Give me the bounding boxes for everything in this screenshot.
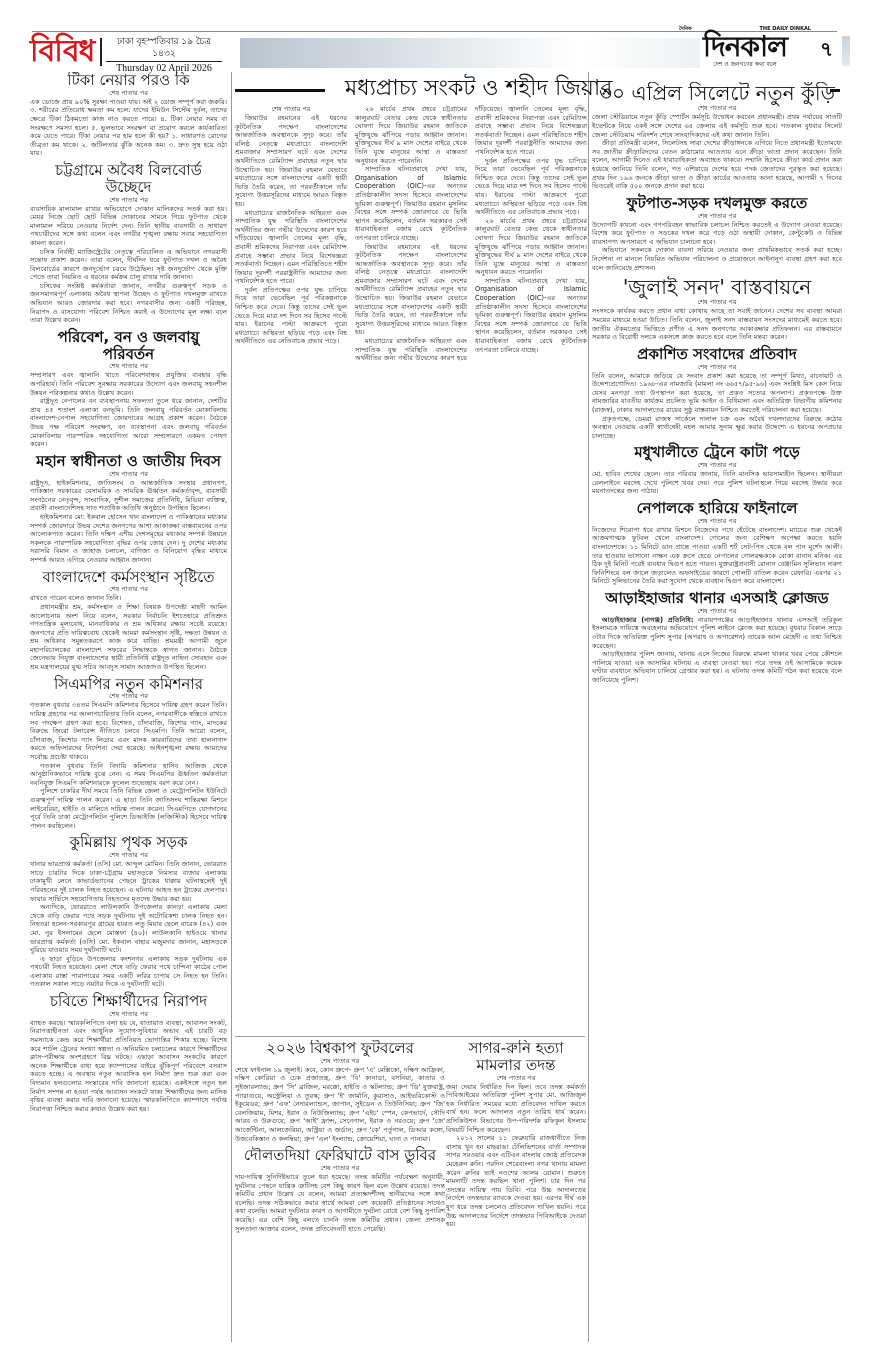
story-paragraph: শেষে ফাইনাল ১৯ জুলাই। কবে, কোন গ্রুপে- গ… <box>235 1066 445 1143</box>
masthead-date: ঢাকা বৃহস্পতিবার ১৯ চৈত্র ১৪৩২ Thursday … <box>106 36 222 75</box>
continued-label: শেষ পাতার পর <box>592 607 842 616</box>
story-body: উদ্যোগটি কখনো এবং গণপরিবহন স্বাভাবিক চলা… <box>592 221 842 273</box>
story-headline: কুমিল্লায় পৃথক সড়ক <box>30 834 227 851</box>
story-headline: বাংলাদেশে কর্মসংস্থান সৃষ্টিতে <box>30 569 227 586</box>
continued-label: শেষ পাতার পর <box>592 461 842 470</box>
date-bangla: ঢাকা বৃহস্পতিবার ১৯ চৈত্র ১৪৩২ <box>106 36 222 62</box>
news-story: সিএমপির নতুন কমিশনারশেষ পাতার পরগতকাল বু… <box>30 676 227 831</box>
story-paragraph: রাখতে পারেন বলেও জানান তিনি। <box>30 594 227 603</box>
story-paragraph: অভিযানে সকলকে দোকান ব্যবসা সরিয়ে নেওয়া… <box>592 246 842 272</box>
middle-bottom-right: সাগর-রুনি হত্যা মামলার তদন্তশেষ পাতার পর… <box>446 1040 586 1340</box>
main-article-paragraph: ২৬ মার্চের প্রথম প্রহরে চট্টগ্রামের কালু… <box>475 217 587 277</box>
continued-label: শেষ পাতার পর <box>592 517 842 526</box>
story-headline: সাগর-রুনি হত্যা মামলার তদন্ত <box>446 1040 586 1074</box>
masthead-divider <box>100 38 102 66</box>
story-headline: দৌলতদিয়া ফেরিঘাটে বাস ডুবির <box>235 1147 445 1164</box>
news-story: কুমিল্লায় পৃথক সড়কশেষ পাতার পরথানার ভা… <box>30 834 227 989</box>
continued-label: শেষ পাতার পর <box>235 1057 445 1066</box>
story-body: ব্যাহত করছে। স্মারকলিপিতে বলা হয় যে, যা… <box>30 1019 227 1114</box>
story-body: রাষ্ট্রদূত, হাইকমিশনার, জাতিসংঘ ও আন্তর্… <box>30 479 227 565</box>
story-paragraph: অন্যদিকে, ভোররাতে লাউলকানি উপজেলার কানড়… <box>30 903 227 955</box>
news-story: চট্টগ্রামে অবৈধ বিলবোর্ড উচ্ছেদেশেষ পাতা… <box>30 162 227 325</box>
story-paragraph: প্রকৃতপক্ষে, ডেমরা রাজস্ব সার্কেলে দালাল… <box>592 415 842 441</box>
continued-label: শেষ পাতার পর <box>592 363 842 372</box>
story-headline: পরিবেশ, বন ও জলবায়ু পরিবর্তন <box>30 329 227 363</box>
story-body: গতকাল বুধবার ৩৪তম সিএমপি কমিশনার হিসেবে … <box>30 701 227 830</box>
right-column: ৩০ এপ্রিল সিলেটে নতুন কুঁড়িশেষ পাতার পর… <box>592 82 842 1342</box>
story-paragraph: থানার ভারপ্রাপ্ত কর্মকর্তা (ওসি) মো. আব্… <box>30 860 227 903</box>
news-story: ২০২৬ বিশ্বকাপ ফুটবলেরশেষ পাতার পরশেষে ফা… <box>235 1040 445 1143</box>
story-body: নিজেদের শিরোপা ধরে রাখার মিশনে নিজেদের প… <box>592 526 842 586</box>
story-body: জমা দেয়ার নির্ধারিত দিন ছিল। তবে তদন্ত … <box>446 1083 586 1229</box>
story-paragraph: ক্রীড়া প্রতিমন্ত্রী বলেন, সিলেটসহ সারা … <box>592 139 842 191</box>
masthead-gradient-band <box>240 38 580 68</box>
page-number: ৭ <box>820 36 833 62</box>
news-story: ফুটপাত-সড়ক দখলমুক্ত করতেশেষ পাতার পরউদ্… <box>592 195 842 272</box>
news-story: টিকা নেয়ার পরও কিশেষ পাতার পরএক ডোজে প্… <box>30 72 227 158</box>
main-article-paragraph: মধ্যপ্রাচ্যের রাজনৈতিক অস্থিরতা এবং সাম্… <box>235 209 347 286</box>
column-divider-left <box>231 72 232 1342</box>
story-paragraph: ব্যবসায়িক মালামাল রাখার অভিযোগে দোকান ম… <box>30 205 227 248</box>
story-body: ব্যবসায়িক মালামাল রাখার অভিযোগে দোকান ম… <box>30 205 227 325</box>
continued-label: শেষ পাতার পর <box>30 89 227 98</box>
continued-label: শেষ পাতার পর <box>592 212 842 221</box>
continued-label: শেষ পাতার পর <box>30 692 227 701</box>
story-headline: সিএমপির নতুন কমিশনার <box>30 676 227 693</box>
continued-label: শেষ পাতার পর <box>30 470 227 479</box>
news-story: ৩০ এপ্রিল সিলেটে নতুন কুঁড়িশেষ পাতার পর… <box>592 82 842 191</box>
story-paragraph: চসিক নির্বাহী ম্যাজিস্ট্রেটের নেতৃত্বে প… <box>30 248 227 282</box>
story-headline: ৩০ এপ্রিল সিলেটে নতুন কুঁড়ি <box>592 82 842 104</box>
story-headline: মধুখালীতে ট্রেনে কাটা পড়ে <box>592 444 842 461</box>
brand-small-left: দৈনিক <box>679 26 692 33</box>
news-story: চবিতে শিক্ষার্থীদের নিরাপদশেষ পাতার পরব্… <box>30 993 227 1113</box>
story-paragraph: ব্যাহত করছে। স্মারকলিপিতে বলা হয় যে, যা… <box>30 1019 227 1114</box>
story-paragraph: দায়-দায়িত্ব সুনির্দিষ্টভাবে তুলে ধরা হ… <box>235 1173 445 1233</box>
continued-label: শেষ পাতার পর <box>30 1010 227 1019</box>
headline-rule-left <box>235 89 325 92</box>
news-story: পরিবেশ, বন ও জলবায়ু পরিবর্তনশেষ পাতার প… <box>30 329 227 449</box>
continued-label: শেষ পাতার পর <box>235 1164 445 1173</box>
story-headline: 'জুলাই সনদ' বাস্তবায়নে <box>592 276 842 298</box>
story-paragraph: তিনি বলেন, আমাকে জড়িয়ে যে সংবাদ প্রকাশ… <box>592 372 842 415</box>
masthead: বিবিধ ঢাকা বৃহস্পতিবার ১৯ চৈত্র ১৪৩২ Thu… <box>0 0 870 70</box>
story-headline: প্রকাশিত সংবাদের প্রতিবাদ <box>592 346 842 363</box>
continued-label: শেষ পাতার পর <box>592 298 842 307</box>
news-story: মধুখালীতে ট্রেনে কাটা পড়েশেষ পাতার পরমো… <box>592 444 842 496</box>
story-paragraph: নিজেদের শিরোপা ধরে রাখার মিশনে নিজেদের প… <box>592 526 842 586</box>
story-paragraph: এক ডোজে প্রায় ৯০% সুরক্ষা পাওয়া যায়। … <box>30 98 227 158</box>
story-paragraph: আড়াইহাজার পুলিশ জানায়, থানায় এসে নিজে… <box>592 650 842 684</box>
main-article-paragraph: ২৬ মার্চের প্রথম প্রহরে চট্টগ্রামের কালু… <box>355 105 467 165</box>
news-story: 'জুলাই সনদ' বাস্তবায়নেশেষ পাতার পরসংসদক… <box>592 276 842 342</box>
story-paragraph: রাষ্ট্রদূত, হাইকমিশনার, জাতিসংঘ ও আন্তর্… <box>30 479 227 513</box>
column-divider-right <box>588 72 589 1342</box>
main-article-headline: মধ্যপ্রাচ্য সংকট ও শহীদ জিয়ার <box>345 75 612 103</box>
main-article-paragraph: সাম্প্রতিক ঘটনাপ্রবাহে দেখা যায়, Organi… <box>475 277 587 354</box>
story-body: থানার ভারপ্রাপ্ত কর্মকর্তা (ওসি) মো. আব্… <box>30 860 227 989</box>
story-paragraph: সম্প্রসারণ এবং জ্বালানি খাতে পরিবেশবান্ধ… <box>30 371 227 397</box>
middle-bottom-left: ২০২৬ বিশ্বকাপ ফুটবলেরশেষ পাতার পরশেষে ফা… <box>235 1040 445 1340</box>
news-story: প্রকাশিত সংবাদের প্রতিবাদশেষ পাতার পরতিন… <box>592 346 842 441</box>
brand-logo: দিনকাল <box>675 33 815 61</box>
story-headline: চবিতে শিক্ষার্থীদের নিরাপদ <box>30 993 227 1010</box>
main-article-paragraph: দুর্বল প্রতিপক্ষের ওপর যুদ্ধ চাপিয়ে দিয… <box>235 286 347 346</box>
story-body: দায়-দায়িত্ব সুনির্দিষ্টভাবে তুলে ধরা হ… <box>235 1173 445 1233</box>
story-headline: মহান স্বাধীনতা ও জাতীয় দিবস <box>30 453 227 470</box>
story-body: জেলা স্টেডিয়ামে নতুন কুঁড়ি স্পোর্টস কর… <box>592 113 842 190</box>
story-paragraph: উদ্যোগটি কখনো এবং গণপরিবহন স্বাভাবিক চলা… <box>592 221 842 247</box>
story-body: এক ডোজে প্রায় ৯০% সুরক্ষা পাওয়া যায়। … <box>30 98 227 158</box>
story-paragraph: গতকাল বুধবার তিনি বিদায়ি কমিশনার হাসিব … <box>30 762 227 788</box>
story-paragraph: পুলিশে চাকরির দীর্ঘ সময়ে তিনি বিভিন্ন জ… <box>30 787 227 830</box>
newspaper-brand: দৈনিক THE DAILY DINKAL দিনকাল দেশ ও জনগণ… <box>675 26 815 69</box>
story-paragraph: গতকাল বুধবার ৩৪তম সিএমপি কমিশনার হিসেবে … <box>30 701 227 761</box>
story-body: তিনি বলেন, আমাকে জড়িয়ে যে সংবাদ প্রকাশ… <box>592 372 842 441</box>
continued-label: শেষ পাতার পর <box>30 196 227 205</box>
news-story: মহান স্বাধীনতা ও জাতীয় দিবসশেষ পাতার পর… <box>30 453 227 565</box>
story-paragraph: জমা দেয়ার নির্ধারিত দিন ছিল। তবে তদন্ত … <box>446 1083 586 1135</box>
story-paragraph: প্রধানমন্ত্রীর শ্রম, কর্মসংস্থান ও শিক্ষ… <box>30 603 227 672</box>
news-story: বাংলাদেশে কর্মসংস্থান সৃষ্টিতেশেষ পাতার … <box>30 569 227 672</box>
continued-label: শেষ পাতার পর <box>30 362 227 371</box>
page-number-bar <box>842 36 850 66</box>
news-story: আড়াইহাজার থানার এসআই ক্লোজডশেষ পাতার পর… <box>592 590 842 685</box>
main-article-paragraph: সাম্প্রতিক ঘটনাপ্রবাহে দেখা যায়, Organi… <box>355 165 467 242</box>
news-story: নেপালকে হারিয়ে ফাইনালেশেষ পাতার পরনিজেদ… <box>592 500 842 586</box>
story-dateline: আড়াইহাজার (নাগঞ্জ) প্রতিনিধি: <box>602 616 694 624</box>
story-body: আড়াইহাজার (নাগঞ্জ) প্রতিনিধি: নারায়ণগঞ… <box>592 616 842 685</box>
story-body: মো. হাবিব শেখের ছেলে। তার পরিবার জানায়,… <box>592 470 842 496</box>
continued-label: শেষ পাতার পর <box>235 105 347 114</box>
news-story: সাগর-রুনি হত্যা মামলার তদন্তশেষ পাতার পর… <box>446 1040 586 1229</box>
middle-divider <box>235 1036 585 1037</box>
continued-label: শেষ পাতার পর <box>30 851 227 860</box>
story-paragraph: সংসদকে কার্যকর করতে প্রধান বাধা কোথায় আ… <box>592 307 842 341</box>
story-headline: ২০২৬ বিশ্বকাপ ফুটবলের <box>235 1040 445 1057</box>
story-paragraph: চসিকের সংশ্লিষ্ট কর্মকর্তারা জানান, নগরী… <box>30 282 227 325</box>
continued-label: শেষ পাতার পর <box>30 585 227 594</box>
continued-label: শেষ পাতার পর <box>446 1074 586 1083</box>
main-article-paragraph: জিয়াউর রহমানের এই ধরনের কূটনৈতিক পদক্ষে… <box>235 114 347 209</box>
story-body: রাখতে পারেন বলেও জানান তিনি।প্রধানমন্ত্র… <box>30 594 227 671</box>
main-article-paragraph: দুর্বল প্রতিপক্ষের ওপর যুদ্ধ চাপিয়ে দিয… <box>475 157 587 217</box>
story-paragraph: জেলা স্টেডিয়ামে নতুন কুঁড়ি স্পোর্টস কর… <box>592 113 842 139</box>
story-body: শেষে ফাইনাল ১৯ জুলাই। কবে, কোন গ্রুপে- গ… <box>235 1066 445 1143</box>
news-story: দৌলতদিয়া ফেরিঘাটে বাস ডুবিরশেষ পাতার পর… <box>235 1147 445 1233</box>
story-headline: ফুটপাত-সড়ক দখলমুক্ত করতে <box>592 195 842 212</box>
left-column: টিকা নেয়ার পরও কিশেষ পাতার পরএক ডোজে প্… <box>30 72 227 1342</box>
main-article-body: শেষ পাতার পর জিয়াউর রহমানের এই ধরনের কূ… <box>235 105 587 1035</box>
story-body: সংসদকে কার্যকর করতে প্রধান বাধা কোথায় আ… <box>592 307 842 341</box>
story-paragraph: মো. হাবিব শেখের ছেলে। তার পরিবার জানায়,… <box>592 470 842 496</box>
main-article-paragraph: জিয়াউর রহমানের এই ধরনের কূটনৈতিক পদক্ষে… <box>355 243 467 338</box>
story-paragraph: রাষ্ট্রদূত নেপালের বন ব্যবস্থাপনায় সফলত… <box>30 397 227 449</box>
story-body: সম্প্রসারণ এবং জ্বালানি খাতে পরিবেশবান্ধ… <box>30 371 227 448</box>
story-paragraph: আড়াইহাজার (নাগঞ্জ) প্রতিনিধি: নারায়ণগঞ… <box>592 616 842 650</box>
section-logo: বিবিধ <box>30 36 94 68</box>
story-headline: চট্টগ্রামে অবৈধ বিলবোর্ড উচ্ছেদে <box>30 162 227 196</box>
story-paragraph: এ ছাড়া বুড়িচং উপজেলার কংশনগর এলাকায় স… <box>30 955 227 989</box>
story-headline: আড়াইহাজার থানার এসআই ক্লোজড <box>592 590 842 607</box>
story-headline: টিকা নেয়ার পরও কি <box>30 72 227 89</box>
story-headline: নেপালকে হারিয়ে ফাইনালে <box>592 500 842 517</box>
story-paragraph: হাইকমিশনার মো: ইকবাল হোসেন খান বাংলাদেশ … <box>30 513 227 565</box>
story-paragraph: ২০১২ সালের ১১ ফেব্রুয়ারি রাজধানীতে নিজ … <box>446 1134 586 1229</box>
brand-tagline: দেশ ও জনগণের কথা বলে <box>675 61 815 69</box>
